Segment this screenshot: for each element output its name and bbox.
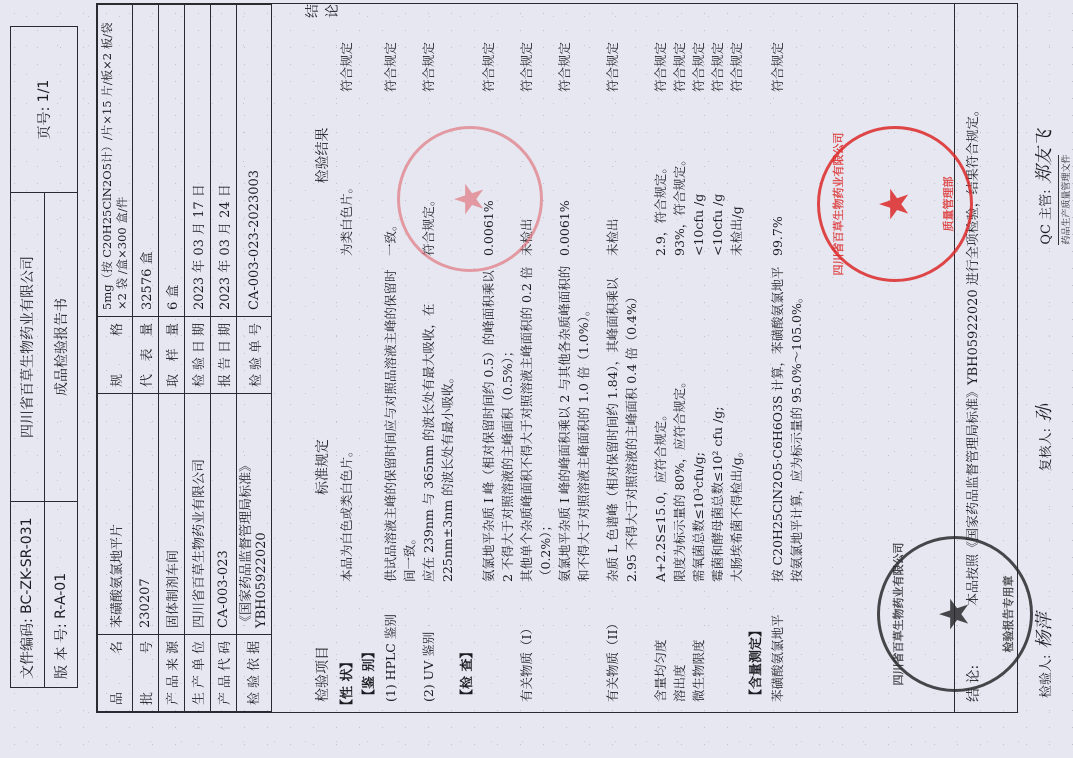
doc-version-value: R-A-01 [53,573,69,619]
test-row-impurity-1b: 有关物质（I） 其他单个杂质峰面积不得大于对照溶液主峰面积的 0.2 倍（0.2… [517,4,555,712]
section-appearance: 【性 状】 [337,592,359,712]
batch-number: 230207 [133,394,159,635]
page-number: 页号: 1/1 [11,27,77,192]
qc-signature: QC 主管:郑友飞 药品生产质量管理文件 [1030,18,1073,245]
signature-footer: 检验人:杨萍 复核人:孙 QC 主管:郑友飞 药品生产质量管理文件 [1030,18,1073,698]
col-conclusion: 结论 [302,4,342,18]
doc-code-value: BC-ZK-SR-031 [19,517,35,613]
test-row-impurity-2: 有关物质（II） 杂质 L 色谱峰（相对保留时间约 1.84），其峰面积乘以 2… [603,4,641,712]
label-report-date: 报告日期 [211,317,237,394]
manufacturer: 四川省百草生物药业有限公司 [185,394,211,635]
product-code: CA-003-023 [211,394,237,635]
label-manufacturer: 生产单位 [185,635,211,712]
label-test-date: 检验日期 [185,317,211,394]
label-code: 产品代码 [211,635,237,712]
doc-title-block: 四川省百草生物药业有限公司 成品检验报告书 [11,192,77,501]
test-row-dissolution: 溶出度 限度为标示量的 80%，应符合规定。 93%，符合规定。 符合规定 [670,4,689,712]
doc-code: 文件编码: BC-ZK-SR-031 [11,502,45,687]
label-basis: 检验依据 [237,635,272,712]
conclusion-block: 结 论: 本品按照《国家药品监督管理局标准》YBH05922020 进行全项检验… [954,4,1017,712]
sample-amount: 6 盒 [159,5,185,317]
results-column-headers: 检验项目 标准规定 检验结果 结论 [307,4,337,712]
qc-note: 药品生产质量管理文件 [1058,155,1072,245]
item-related-substances-1: 有关物质（I） [517,592,555,712]
inspector-signature: 检验人:杨萍 [1030,471,1073,698]
conclusion-label: 结 论: [955,612,1017,712]
section-assay: 【含量测定】 [746,4,768,712]
product-spec: 5mg（按 C20H25ClN2O5计）/片×15 片/板×2 板/袋×2 袋 … [98,5,133,317]
test-row-impurity-1a: 氨氯地平杂质 I 峰（相对保留时间约 0.5）的峰面积乘以 2 不得大于对照溶液… [479,4,517,712]
test-row-microbial-1: 微生物限度 需氧菌总数≤10³cfu/g; <10cfu /g 符合规定 [689,4,708,712]
test-row-microbial-2: 霉菌和酵母菌总数≤10² cfu /g; <10cfu /g 符合规定 [708,4,727,712]
label-spec: 规 格 [98,317,133,394]
test-row-microbial-3: 大肠埃希菌不得检出/g。 未检出/g 符合规定 [727,4,746,712]
col-result: 检验结果 [312,18,332,184]
document-header: 文件编码: BC-ZK-SR-031 版 本 号: R-A-01 四川省百草生物… [10,26,78,688]
inspection-report-page: 文件编码: BC-ZK-SR-031 版 本 号: R-A-01 四川省百草生物… [0,0,1073,758]
represent-quantity: 32576 盒 [133,5,159,317]
doc-meta: 文件编码: BC-ZK-SR-031 版 本 号: R-A-01 [11,501,77,687]
col-standard: 标准规定 [312,184,332,586]
product-name: 苯磺酸氨氯地平片 [98,394,133,635]
report-date: 2023 年 03 月 24 日 [211,5,237,317]
label-batch: 批 号 [133,635,159,712]
test-row-appearance: 【性 状】 本品为白色或类白色片。 为类白色片。 符合规定 [337,4,359,712]
conclusion-text: 本品按照《国家药品监督管理局标准》YBH05922020 进行全项检验，结果符合… [955,4,1017,612]
label-product-name: 品 名 [98,635,133,712]
reviewer-signature: 复核人:孙 [1030,245,1073,472]
test-results: 检验项目 标准规定 检验结果 结论 【性 状】 本品为白色或类白色片。 为类白色… [307,4,806,712]
col-item: 检验项目 [312,585,332,712]
test-row-hplc: (1) HPLC 鉴别 供试品溶液主峰的保留时间应与对照品溶液主峰的保留时间一致… [381,4,419,712]
report-body: 品 名 苯磺酸氨氯地平片 规 格 5mg（按 C20H25ClN2O5计）/片×… [96,3,1018,713]
report-number: CA-003-023-2023003 [237,5,272,317]
product-source: 固体制剂车间 [159,394,185,635]
test-row-uv: (2) UV 鉴别 应在 239nm 与 365nm 的波长处有最大吸收，在 2… [419,4,457,712]
section-inspection: 【检 查】 [457,4,479,712]
label-source: 产品来源 [159,635,185,712]
label-report-no: 检验单号 [237,317,272,394]
star-icon: ★ [875,186,915,222]
quality-dept-seal-stamp: 四川省百草生物药业有限公司 ★ 质量管理部 [817,126,973,282]
section-identification: 【鉴 别】 [359,4,381,712]
label-quantity: 代 表 量 [133,317,159,394]
report-title: 成品检验报告书 [45,193,78,501]
company-name: 四川省百草生物药业有限公司 [11,193,45,501]
test-row-content-uniformity: 含量均匀度 A+2.2S≤15.0，应符合规定。 2.9，符合规定。 符合规定 [651,4,670,712]
label-sample: 取 样 量 [159,317,185,394]
test-date: 2023 年 03 月 17 日 [185,5,211,317]
product-info-table: 品 名 苯磺酸氨氯地平片 规 格 5mg（按 C20H25ClN2O5计）/片×… [97,4,272,712]
doc-version: 版 本 号: R-A-01 [45,502,78,687]
test-row-assay: 苯磺酸氨氯地平 按 C20H25ClN2O5·C6H6O3S 计算，苯磺酸氨氯地… [768,4,806,712]
test-row-impurity-1c: 氨氯地平杂质 I 峰的峰面积乘以 2 与其他各杂质峰面积的和不得大于对照溶液主峰… [555,4,593,712]
test-basis: 《国家药品监督管理局标准》YBH05922020 [237,394,272,635]
